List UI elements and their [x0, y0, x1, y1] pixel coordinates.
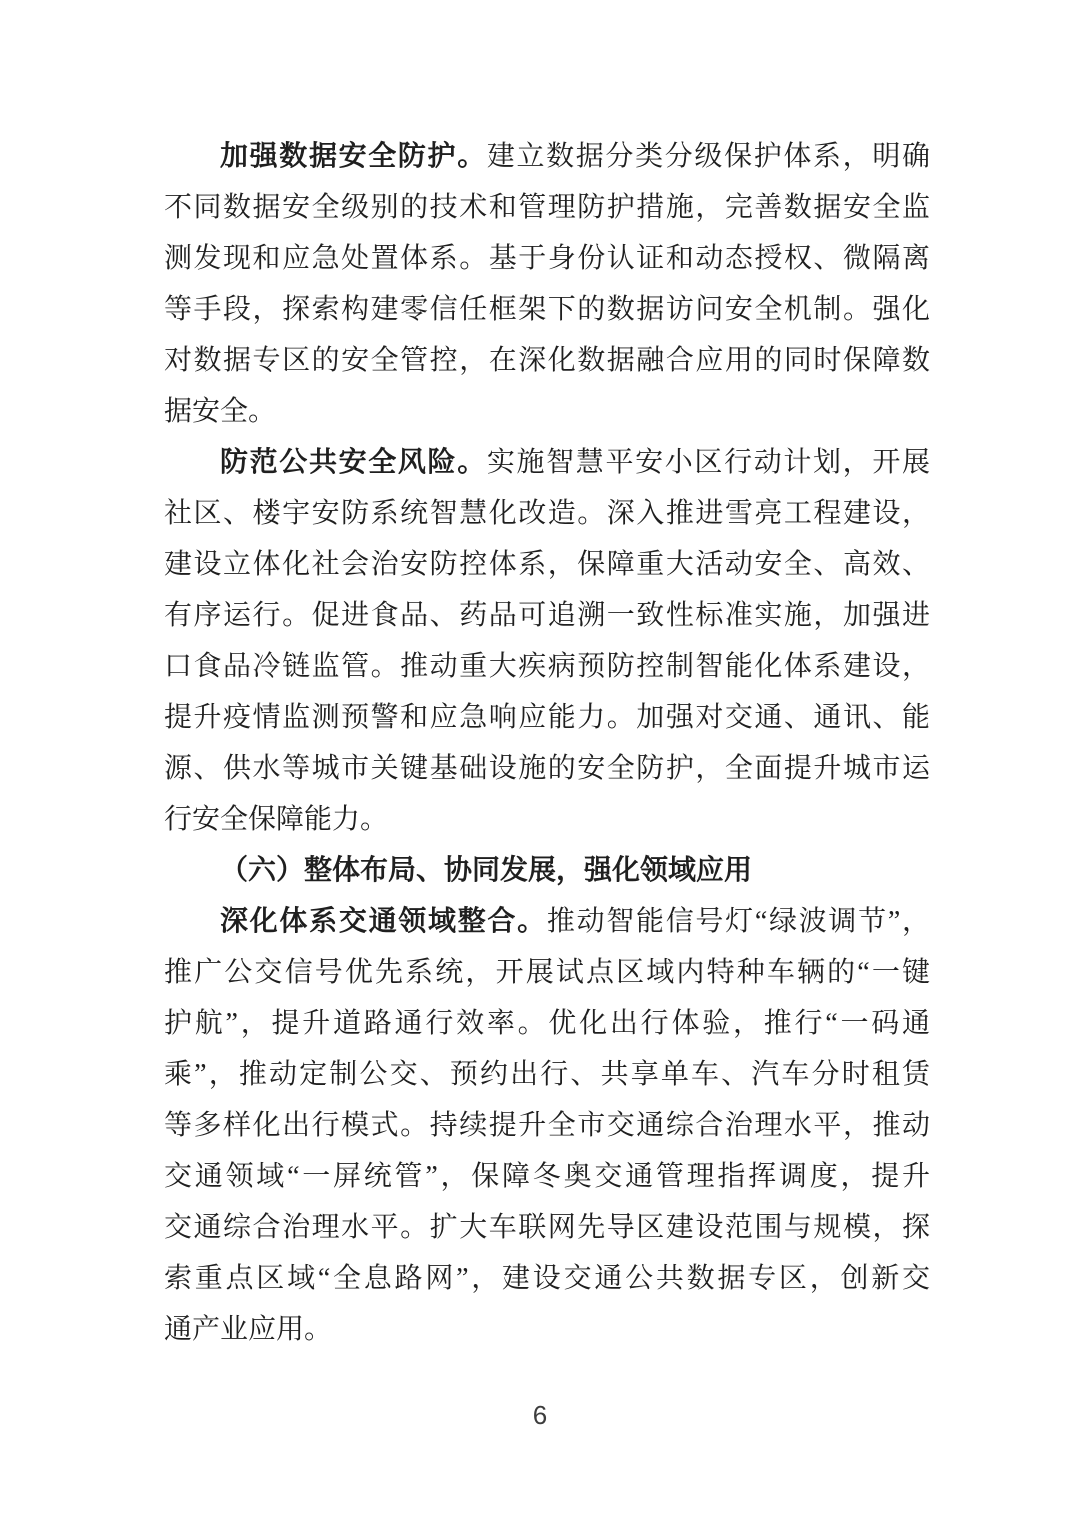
- text-line: 据安全。: [164, 386, 930, 437]
- line-text: 等手段，探索构建零信任框架下的数据访问安全机制。强化: [164, 294, 930, 325]
- paragraph-lead-bold: 加强数据安全防护。: [220, 141, 487, 172]
- text-line: 交通综合治理水平。扩大车联网先导区建设范围与规模，探: [164, 1202, 930, 1253]
- paragraph: 深化体系交通领域整合。推动智能信号灯“绿波调节”，推广公交信号优先系统，开展试点…: [164, 896, 930, 1355]
- line-text: 社区、楼宇安防系统智慧化改造。深入推进雪亮工程建设，: [164, 498, 930, 529]
- text-line: 社区、楼宇安防系统智慧化改造。深入推进雪亮工程建设，: [164, 488, 930, 539]
- paragraph-lead-bold: 防范公共安全风险。: [220, 447, 487, 478]
- document-text-block: 加强数据安全防护。建立数据分类分级保护体系，明确不同数据安全级别的技术和管理防护…: [164, 131, 930, 1355]
- line-text: 实施智慧平安小区行动计划，开展: [487, 447, 930, 478]
- line-text: 据安全。: [164, 396, 276, 427]
- line-text: 提升疫情监测预警和应急响应能力。加强对交通、通讯、能: [164, 702, 930, 733]
- line-text: 推广公交信号优先系统，开展试点区域内特种车辆的“一键: [164, 957, 930, 988]
- text-line: 通产业应用。: [164, 1304, 930, 1355]
- text-line: 等多样化出行模式。持续提升全市交通综合治理水平，推动: [164, 1100, 930, 1151]
- paragraph-lead-bold: 深化体系交通领域整合。: [220, 906, 547, 937]
- section-heading: （六）整体布局、协同发展，强化领域应用: [164, 845, 930, 896]
- line-text: 通产业应用。: [164, 1314, 332, 1345]
- line-text: 有序运行。促进食品、药品可追溯一致性标准实施，加强进: [164, 600, 930, 631]
- line-text: 行安全保障能力。: [164, 804, 388, 835]
- line-text: 乘”，推动定制公交、预约出行、共享单车、汽车分时租赁: [164, 1059, 930, 1090]
- text-line: 行安全保障能力。: [164, 794, 930, 845]
- heading-text: （六）整体布局、协同发展，强化领域应用: [220, 855, 752, 886]
- text-line: 索重点区域“全息路网”，建设交通公共数据专区，创新交: [164, 1253, 930, 1304]
- line-text: 建立数据分类分级保护体系，明确: [487, 141, 930, 172]
- line-text: 口食品冷链监管。推动重大疾病预防控制智能化体系建设，: [164, 651, 930, 682]
- text-line: 推广公交信号优先系统，开展试点区域内特种车辆的“一键: [164, 947, 930, 998]
- text-line: 口食品冷链监管。推动重大疾病预防控制智能化体系建设，: [164, 641, 930, 692]
- line-text: 测发现和应急处置体系。基于身份认证和动态授权、微隔离: [164, 243, 930, 274]
- text-line: 源、供水等城市关键基础设施的安全防护，全面提升城市运: [164, 743, 930, 794]
- text-line: 乘”，推动定制公交、预约出行、共享单车、汽车分时租赁: [164, 1049, 930, 1100]
- text-line: 加强数据安全防护。建立数据分类分级保护体系，明确: [164, 131, 930, 182]
- line-text: 护航”，提升道路通行效率。优化出行体验，推行“一码通: [164, 1008, 930, 1039]
- text-line: （六）整体布局、协同发展，强化领域应用: [164, 845, 930, 896]
- text-line: 等手段，探索构建零信任框架下的数据访问安全机制。强化: [164, 284, 930, 335]
- document-page: 加强数据安全防护。建立数据分类分级保护体系，明确不同数据安全级别的技术和管理防护…: [0, 0, 1080, 1527]
- line-text: 对数据专区的安全管控，在深化数据融合应用的同时保障数: [164, 345, 930, 376]
- text-line: 护航”，提升道路通行效率。优化出行体验，推行“一码通: [164, 998, 930, 1049]
- text-line: 提升疫情监测预警和应急响应能力。加强对交通、通讯、能: [164, 692, 930, 743]
- line-text: 建设立体化社会治安防控体系，保障重大活动安全、高效、: [164, 549, 930, 580]
- line-text: 交通领域“一屏统管”，保障冬奥交通管理指挥调度，提升: [164, 1161, 930, 1192]
- text-line: 对数据专区的安全管控，在深化数据融合应用的同时保障数: [164, 335, 930, 386]
- text-line: 防范公共安全风险。实施智慧平安小区行动计划，开展: [164, 437, 930, 488]
- line-text: 推动智能信号灯“绿波调节”，: [547, 906, 930, 937]
- line-text: 索重点区域“全息路网”，建设交通公共数据专区，创新交: [164, 1263, 930, 1294]
- line-text: 不同数据安全级别的技术和管理防护措施，完善数据安全监: [164, 192, 930, 223]
- paragraph: 加强数据安全防护。建立数据分类分级保护体系，明确不同数据安全级别的技术和管理防护…: [164, 131, 930, 437]
- text-line: 不同数据安全级别的技术和管理防护措施，完善数据安全监: [164, 182, 930, 233]
- text-line: 建设立体化社会治安防控体系，保障重大活动安全、高效、: [164, 539, 930, 590]
- text-line: 有序运行。促进食品、药品可追溯一致性标准实施，加强进: [164, 590, 930, 641]
- text-line: 深化体系交通领域整合。推动智能信号灯“绿波调节”，: [164, 896, 930, 947]
- page-number: 6: [0, 1400, 1080, 1431]
- line-text: 交通综合治理水平。扩大车联网先导区建设范围与规模，探: [164, 1212, 930, 1243]
- text-line: 测发现和应急处置体系。基于身份认证和动态授权、微隔离: [164, 233, 930, 284]
- line-text: 等多样化出行模式。持续提升全市交通综合治理水平，推动: [164, 1110, 930, 1141]
- text-line: 交通领域“一屏统管”，保障冬奥交通管理指挥调度，提升: [164, 1151, 930, 1202]
- paragraph: 防范公共安全风险。实施智慧平安小区行动计划，开展社区、楼宇安防系统智慧化改造。深…: [164, 437, 930, 845]
- line-text: 源、供水等城市关键基础设施的安全防护，全面提升城市运: [164, 753, 930, 784]
